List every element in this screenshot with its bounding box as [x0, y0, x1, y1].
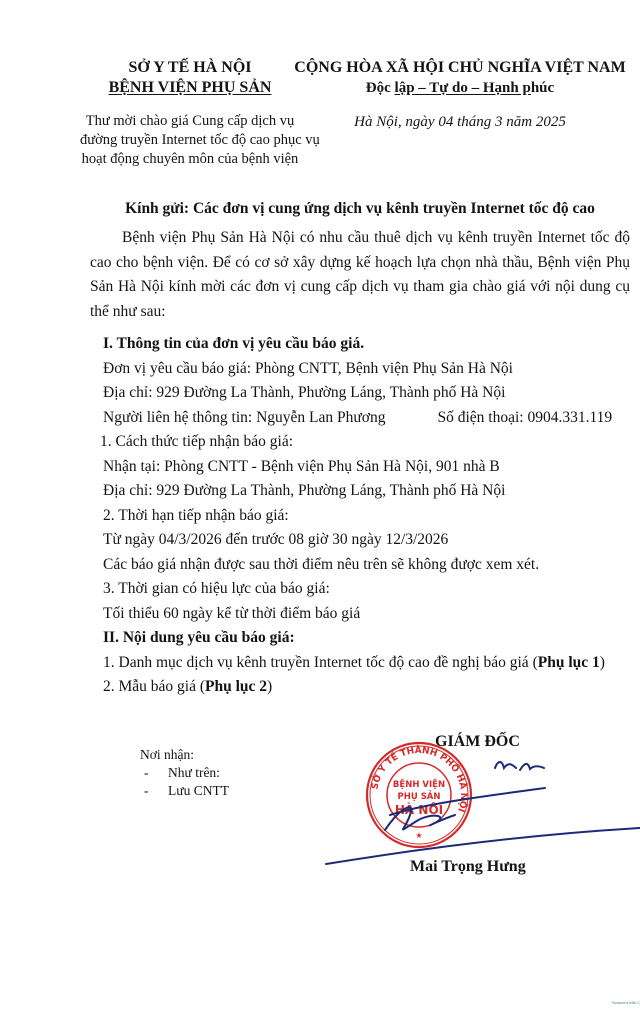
issuer-header: SỞ Y TẾ HÀ NỘI BỆNH VIỆN PHỤ SẢN Thư mời…	[80, 58, 300, 169]
section-2-title: II. Nội dung yêu cầu báo giá:	[103, 626, 612, 651]
appendix-2-line: 2. Mẫu báo giá (Phụ lục 2)	[103, 675, 612, 700]
address-line: Địa chỉ: 929 Đường La Thành, Phường Láng…	[103, 381, 612, 406]
motto-suffix: húc	[531, 80, 554, 96]
recipient-item: -Như trên:	[140, 764, 229, 782]
document-subject: Thư mời chào giá Cung cấp dịch vụ đường …	[80, 112, 300, 169]
contact-person: Người liên hệ thông tin: Nguyễn Lan Phươ…	[103, 409, 385, 426]
appendix-1-text: 1. Danh mục dịch vụ kênh truyền Internet…	[103, 654, 538, 671]
contact-phone: Số điện thoại: 0904.331.119	[437, 406, 612, 431]
recipient-item: -Lưu CNTT	[140, 782, 229, 800]
national-header: CỘNG HÒA XÃ HỘI CHỦ NGHĨA VIỆT NAM Độc l…	[290, 58, 630, 132]
greeting: Kính gửi: Các đơn vị cung ứng dịch vụ kê…	[90, 200, 630, 218]
bullet: -	[144, 764, 168, 782]
appendix-1-label: Phụ lục 1	[538, 654, 600, 671]
appendix-2-end: )	[267, 678, 272, 695]
receive-address-line: Địa chỉ: 929 Đường La Thành, Phường Láng…	[103, 479, 612, 504]
nation-title: CỘNG HÒA XÃ HỘI CHỦ NGHĨA VIỆT NAM	[290, 58, 630, 78]
receive-at-line: Nhận tại: Phòng CNTT - Bệnh viện Phụ Sản…	[103, 455, 612, 480]
recipients-block: Nơi nhận: -Như trên: -Lưu CNTT	[140, 746, 229, 800]
hospital-name: BỆNH VIỆN PHỤ SẢN	[80, 78, 300, 98]
item-1-title: 1. Cách thức tiếp nhận báo giá:	[100, 430, 612, 455]
intro-paragraph: Bệnh viện Phụ Sản Hà Nội có nhu cầu thuê…	[90, 226, 630, 324]
signatory-name: Mai Trọng Hưng	[410, 858, 526, 876]
document-date: Hà Nội, ngày 04 tháng 3 năm 2025	[290, 112, 630, 132]
appendix-2-text: 2. Mẫu báo giá (	[103, 678, 205, 695]
validity-line: Tối thiểu 60 ngày kể từ thời điểm báo gi…	[103, 602, 612, 627]
item-2-title: 2. Thời hạn tiếp nhận báo giá:	[103, 504, 612, 529]
recipient-text: Lưu CNTT	[168, 783, 229, 798]
recipients-label: Nơi nhận:	[140, 746, 229, 764]
bullet: -	[144, 782, 168, 800]
handwritten-signature-icon	[320, 760, 640, 870]
contact-line: Người liên hệ thông tin: Nguyễn Lan Phươ…	[103, 406, 612, 431]
agency-name: SỞ Y TẾ HÀ NỘI	[80, 58, 300, 78]
appendix-1-line: 1. Danh mục dịch vụ kênh truyền Internet…	[103, 651, 612, 676]
scan-watermark: Scanned with CamScanner	[612, 1000, 640, 1005]
recipient-text: Như trên:	[168, 765, 220, 780]
motto-prefix: Độc	[366, 80, 395, 96]
deadline-note: Các báo giá nhận được sau thời điểm nêu …	[103, 553, 612, 578]
subject-line: đường truyền Internet tốc độ cao phục vụ	[80, 131, 300, 150]
deadline-line: Từ ngày 04/3/2026 đến trước 08 giờ 30 ng…	[103, 528, 612, 553]
requester-line: Đơn vị yêu cầu báo giá: Phòng CNTT, Bệnh…	[103, 357, 612, 382]
subject-line: Thư mời chào giá Cung cấp dịch vụ	[80, 112, 300, 131]
body-content: I. Thông tin của đơn vị yêu cầu báo giá.…	[103, 332, 612, 700]
item-3-title: 3. Thời gian có hiệu lực của báo giá:	[103, 577, 612, 602]
national-motto: Độc lập – Tự do – Hạnh phúc	[290, 78, 630, 98]
appendix-1-end: )	[600, 654, 605, 671]
section-1-title: I. Thông tin của đơn vị yêu cầu báo giá.	[103, 332, 612, 357]
motto-underlined: lập – Tự do – Hạnh p	[395, 80, 531, 96]
subject-line: hoạt động chuyên môn của bệnh viện	[80, 150, 300, 169]
appendix-2-label: Phụ lục 2	[205, 678, 267, 695]
